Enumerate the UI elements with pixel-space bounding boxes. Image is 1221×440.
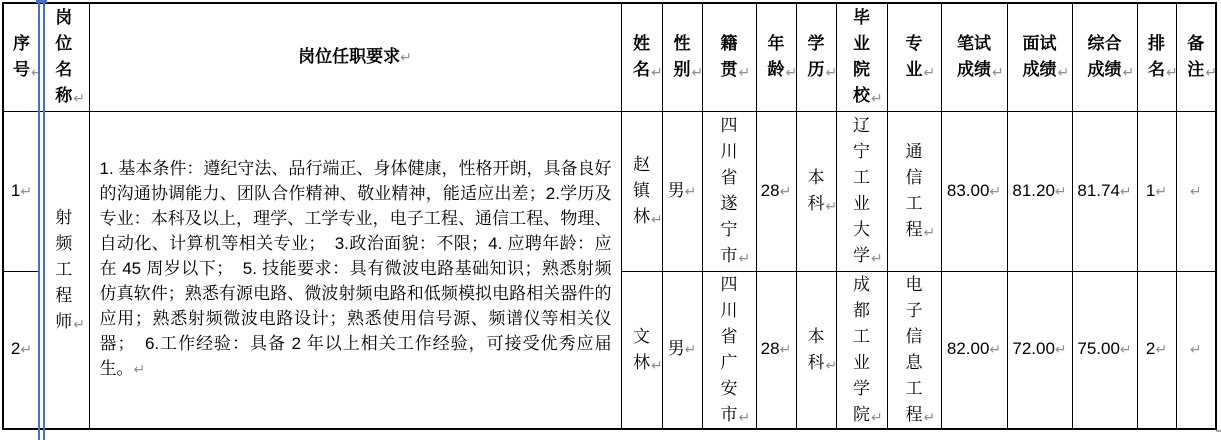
row1-age-value: 28 [761, 181, 780, 200]
cell-row2-education[interactable]: 本 科↵ [796, 271, 836, 429]
paragraph-mark-icon: ↵ [871, 411, 883, 425]
header-gender[interactable]: 性 别↵ [662, 3, 702, 111]
cell-row1-overall-score[interactable]: 81.74↵ [1072, 111, 1137, 271]
row1-rank-value: 1 [1146, 181, 1155, 200]
paragraph-mark-icon: ↵ [1055, 184, 1067, 200]
position-name-value: 射 频 工 程 师 [55, 205, 72, 335]
paragraph-mark-icon: ↵ [786, 66, 797, 80]
header-overall-score[interactable]: 综合 成绩↵ [1072, 3, 1137, 111]
header-education-label: 学 历 [808, 31, 825, 83]
paragraph-mark-icon: ↵ [73, 318, 85, 332]
cell-row2-serial[interactable]: 2↵ [3, 271, 39, 429]
paragraph-mark-icon: ↵ [739, 411, 751, 425]
row2-written-score-value: 82.00 [947, 339, 990, 358]
cell-row1-name[interactable]: 赵 镇 林↵ [621, 111, 662, 271]
paragraph-mark-icon: ↵ [871, 92, 883, 106]
header-interview-score[interactable]: 面试 成绩↵ [1007, 3, 1072, 111]
cell-row1-remarks[interactable]: ↵ [1176, 111, 1216, 271]
header-position-name[interactable]: 岗 位 名 称↵ [39, 3, 89, 111]
cell-row2-age[interactable]: 28↵ [756, 271, 796, 429]
row1-graduate-school-value: 辽 宁 工 业 大 学 [853, 113, 870, 269]
cell-row2-gender[interactable]: 男↵ [662, 271, 702, 429]
header-serial[interactable]: 序 号↵ [3, 3, 39, 111]
cell-row1-native-place[interactable]: 四 川 省 遂 宁 市↵ [702, 111, 756, 271]
paragraph-mark-icon: ↵ [826, 359, 837, 373]
cell-row1-education[interactable]: 本 科↵ [796, 111, 836, 271]
paragraph-mark-icon: ↵ [1205, 66, 1216, 80]
row1-education-value: 本 科 [808, 165, 825, 217]
paragraph-mark-icon: ↵ [1123, 66, 1135, 80]
paragraph-mark-icon: ↵ [739, 252, 751, 266]
cell-row1-serial[interactable]: 1↵ [3, 111, 39, 271]
header-written-score-label: 笔试 成绩 [957, 31, 991, 83]
header-major[interactable]: 专 业↵ [887, 3, 941, 111]
header-name[interactable]: 姓 名↵ [621, 3, 662, 111]
paragraph-mark-icon: ↵ [780, 184, 792, 200]
row2-graduate-school-value: 成 都 工 业 学 院 [853, 272, 870, 428]
paragraph-mark-icon: ↵ [685, 342, 697, 358]
header-native-place-label: 籍 贯 [721, 31, 738, 83]
column-guide-cap [36, 0, 47, 3]
header-graduate-school-label: 毕 业 院 校 [853, 5, 870, 109]
cell-row2-remarks[interactable]: ↵ [1176, 271, 1216, 429]
cell-row1-major[interactable]: 通 信 工 程↵ [887, 111, 941, 271]
paragraph-mark-icon: ↵ [1058, 66, 1070, 80]
header-native-place[interactable]: 籍 贯↵ [702, 3, 756, 111]
paragraph-mark-icon: ↵ [1190, 184, 1202, 200]
header-graduate-school[interactable]: 毕 业 院 校↵ [836, 3, 887, 111]
row1-overall-score-value: 81.74 [1077, 181, 1120, 200]
row1-written-score-value: 83.00 [947, 181, 990, 200]
row2-overall-score-value: 75.00 [1077, 339, 1120, 358]
row2-interview-score-value: 72.00 [1012, 339, 1055, 358]
row1-major-value: 通 信 工 程 [906, 139, 923, 243]
paragraph-mark-icon: ↵ [1120, 184, 1132, 200]
paragraph-mark-icon: ↵ [924, 66, 936, 80]
header-gender-label: 性 别 [674, 31, 691, 83]
cell-requirements[interactable]: 1. 基本条件：遵纪守法、品行端正、身体健康，性格开朗，具备良好的沟通协调能力、… [89, 111, 621, 429]
table-header-row: 序 号↵ 岗 位 名 称↵ 岗位任职要求↵ 姓 名↵ 性 别↵ 籍 贯↵ 年 龄… [3, 3, 1216, 111]
cell-position-name[interactable]: 射 频 工 程 师↵ [39, 111, 89, 429]
paragraph-mark-icon: ↵ [692, 66, 703, 80]
header-serial-label: 序 号 [13, 31, 30, 83]
header-rank[interactable]: 排 名↵ [1137, 3, 1176, 111]
cell-row1-age[interactable]: 28↵ [756, 111, 796, 271]
paragraph-mark-icon: ↵ [651, 66, 662, 80]
paragraph-mark-icon: ↵ [739, 66, 751, 80]
row1-name-value: 赵 镇 林 [633, 152, 650, 230]
paragraph-mark-icon: ↵ [134, 362, 146, 378]
header-position-name-label: 岗 位 名 称 [55, 5, 72, 109]
paragraph-mark-icon: ↵ [685, 184, 697, 200]
row2-gender-value: 男 [668, 339, 685, 358]
header-age[interactable]: 年 龄↵ [756, 3, 796, 111]
cell-row2-rank[interactable]: 2↵ [1137, 271, 1176, 429]
paragraph-mark-icon: ↵ [20, 184, 32, 200]
paragraph-mark-icon: ↵ [780, 342, 792, 358]
cell-row1-rank[interactable]: 1↵ [1137, 111, 1176, 271]
header-remarks-label: 备 注 [1187, 31, 1204, 83]
row1-gender-value: 男 [668, 181, 685, 200]
header-name-label: 姓 名 [633, 31, 650, 83]
header-major-label: 专 业 [906, 31, 923, 83]
row2-name-value: 文 林 [633, 324, 650, 376]
paragraph-mark-icon: ↵ [989, 184, 1001, 200]
table-resize-handle[interactable] [1216, 430, 1221, 439]
paragraph-mark-icon: ↵ [651, 359, 662, 373]
row2-serial-value: 2 [11, 339, 20, 358]
paragraph-mark-icon: ↵ [400, 50, 412, 66]
row2-major-value: 电 子 信 息 工 程 [906, 272, 923, 428]
cell-row2-graduate-school[interactable]: 成 都 工 业 学 院↵ [836, 271, 887, 429]
row2-rank-value: 2 [1146, 339, 1155, 358]
row2-education-value: 本 科 [808, 324, 825, 376]
paragraph-mark-icon: ↵ [1166, 66, 1176, 80]
cell-row2-name[interactable]: 文 林↵ [621, 271, 662, 429]
header-requirements[interactable]: 岗位任职要求↵ [89, 3, 621, 111]
column-guide-line[interactable] [38, 0, 45, 440]
row1-serial-value: 1 [11, 181, 20, 200]
cell-row2-overall-score[interactable]: 75.00↵ [1072, 271, 1137, 429]
cell-row2-major[interactable]: 电 子 信 息 工 程↵ [887, 271, 941, 429]
cell-row1-written-score[interactable]: 83.00↵ [941, 111, 1007, 271]
header-overall-score-label: 综合 成绩 [1088, 31, 1122, 83]
header-requirements-label: 岗位任职要求 [298, 47, 400, 66]
header-written-score[interactable]: 笔试 成绩↵ [941, 3, 1007, 111]
paragraph-mark-icon: ↵ [1120, 342, 1132, 358]
paragraph-mark-icon: ↵ [924, 411, 936, 425]
row1-interview-score-value: 81.20 [1012, 181, 1055, 200]
paragraph-mark-icon: ↵ [651, 213, 662, 227]
header-rank-label: 排 名 [1148, 31, 1165, 83]
header-interview-score-label: 面试 成绩 [1023, 31, 1057, 83]
paragraph-mark-icon: ↵ [73, 92, 85, 106]
table-row: 1↵ 射 频 工 程 师↵ 1. 基本条件：遵纪守法、品行端正、身体健康，性格开… [3, 111, 1216, 271]
paragraph-mark-icon: ↵ [871, 252, 883, 266]
paragraph-mark-icon: ↵ [1155, 342, 1167, 358]
paragraph-mark-icon: ↵ [992, 66, 1004, 80]
paragraph-mark-icon: ↵ [989, 342, 1001, 358]
header-remarks[interactable]: 备 注↵ [1176, 3, 1216, 111]
paragraph-mark-icon: ↵ [1155, 184, 1167, 200]
paragraph-mark-icon: ↵ [1055, 342, 1067, 358]
paragraph-mark-icon: ↵ [826, 200, 837, 214]
row2-native-place-value: 四 川 省 广 安 市 [721, 272, 738, 428]
paragraph-mark-icon: ↵ [924, 226, 936, 240]
cell-row2-written-score[interactable]: 82.00↵ [941, 271, 1007, 429]
paragraph-mark-icon: ↵ [826, 66, 837, 80]
candidates-table: 序 号↵ 岗 位 名 称↵ 岗位任职要求↵ 姓 名↵ 性 别↵ 籍 贯↵ 年 龄… [2, 2, 1217, 430]
row2-age-value: 28 [761, 339, 780, 358]
requirements-text: 1. 基本条件：遵纪守法、品行端正、身体健康，性格开朗，具备良好的沟通协调能力、… [100, 159, 612, 378]
cell-row1-interview-score[interactable]: 81.20↵ [1007, 111, 1072, 271]
header-age-label: 年 龄 [768, 31, 785, 83]
cell-row1-gender[interactable]: 男↵ [662, 111, 702, 271]
cell-row2-interview-score[interactable]: 72.00↵ [1007, 271, 1072, 429]
cell-row2-native-place[interactable]: 四 川 省 广 安 市↵ [702, 271, 756, 429]
header-education[interactable]: 学 历↵ [796, 3, 836, 111]
paragraph-mark-icon: ↵ [20, 342, 32, 358]
paragraph-mark-icon: ↵ [1190, 342, 1202, 358]
row1-native-place-value: 四 川 省 遂 宁 市 [721, 113, 738, 269]
cell-row1-graduate-school[interactable]: 辽 宁 工 业 大 学↵ [836, 111, 887, 271]
